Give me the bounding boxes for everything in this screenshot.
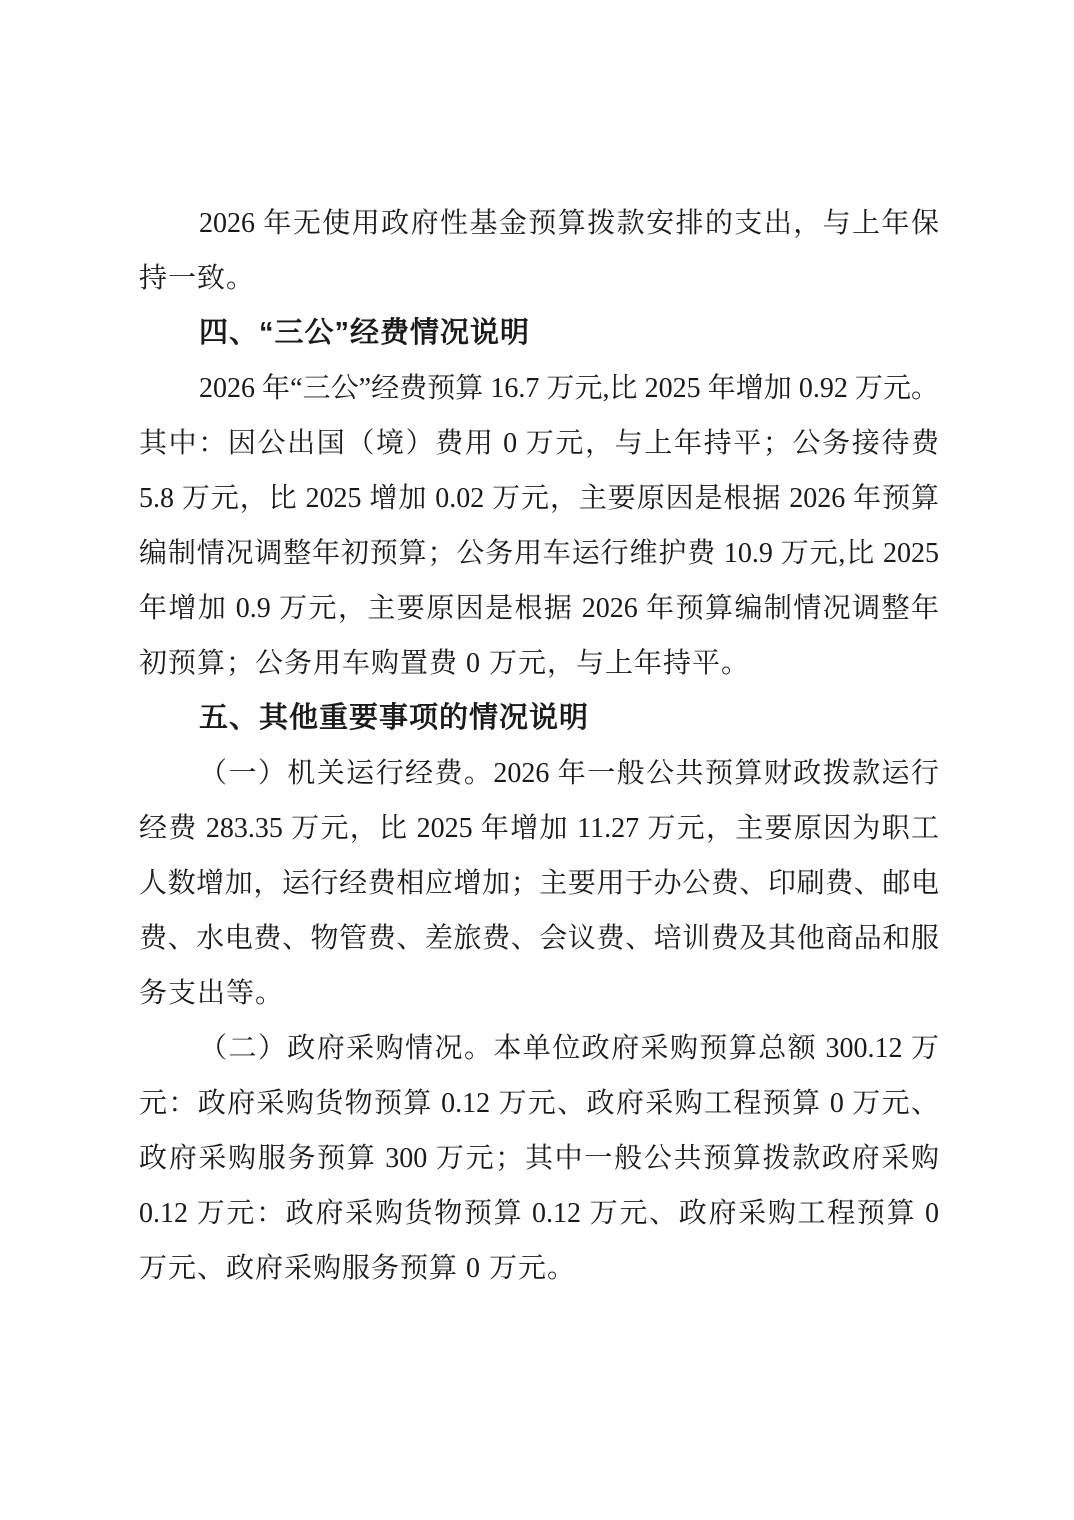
paragraph-gov-fund: 2026 年无使用政府性基金预算拨款安排的支出，与上年保 持一致。: [139, 196, 939, 306]
text-line: 经费 283.35 万元，比 2025 年增加 11.27 万元，主要原因为职工: [139, 801, 939, 856]
paragraph-three-public-funds: 2026 年“三公”经费预算 16.7 万元,比 2025 年增加 0.92 万…: [139, 361, 939, 691]
text-line: 编制情况调整年初预算；公务用车运行维护费 10.9 万元,比 2025: [139, 526, 939, 581]
document-text-block: 2026 年无使用政府性基金预算拨款安排的支出，与上年保 持一致。 四、“三公”…: [139, 196, 939, 1296]
section-heading-four: 四、“三公”经费情况说明: [139, 306, 939, 361]
text-line: 年增加 0.9 万元，主要原因是根据 2026 年预算编制情况调整年: [139, 581, 939, 636]
text-line: 费、水电费、物管费、差旅费、会议费、培训费及其他商品和服: [139, 911, 939, 966]
text-line: （一）机关运行经费。2026 年一般公共预算财政拨款运行: [139, 746, 939, 801]
text-line: 5.8 万元，比 2025 增加 0.02 万元，主要原因是根据 2026 年预…: [139, 471, 939, 526]
text-line: 2026 年“三公”经费预算 16.7 万元,比 2025 年增加 0.92 万…: [139, 361, 939, 416]
text-line: 人数增加，运行经费相应增加；主要用于办公费、印刷费、邮电: [139, 856, 939, 911]
text-line: 政府采购服务预算 300 万元；其中一般公共预算拨款政府采购: [139, 1131, 939, 1186]
paragraph-operating-expenses: （一）机关运行经费。2026 年一般公共预算财政拨款运行 经费 283.35 万…: [139, 746, 939, 1021]
text-line: 初预算；公务用车购置费 0 万元，与上年持平。: [139, 636, 939, 691]
paragraph-government-procurement: （二）政府采购情况。本单位政府采购预算总额 300.12 万 元：政府采购货物预…: [139, 1021, 939, 1296]
heading-line: 五、其他重要事项的情况说明: [139, 691, 939, 746]
text-line: （二）政府采购情况。本单位政府采购预算总额 300.12 万: [139, 1021, 939, 1076]
text-line: 持一致。: [139, 251, 939, 306]
heading-line: 四、“三公”经费情况说明: [139, 306, 939, 361]
section-heading-five: 五、其他重要事项的情况说明: [139, 691, 939, 746]
text-line: 元：政府采购货物预算 0.12 万元、政府采购工程预算 0 万元、: [139, 1076, 939, 1131]
text-line: 万元、政府采购服务预算 0 万元。: [139, 1241, 939, 1296]
text-line: 2026 年无使用政府性基金预算拨款安排的支出，与上年保: [139, 196, 939, 251]
text-line: 0.12 万元：政府采购货物预算 0.12 万元、政府采购工程预算 0: [139, 1186, 939, 1241]
text-line: 务支出等。: [139, 966, 939, 1021]
document-page: 2026 年无使用政府性基金预算拨款安排的支出，与上年保 持一致。 四、“三公”…: [0, 0, 1074, 1520]
text-line: 其中：因公出国（境）费用 0 万元，与上年持平；公务接待费: [139, 416, 939, 471]
